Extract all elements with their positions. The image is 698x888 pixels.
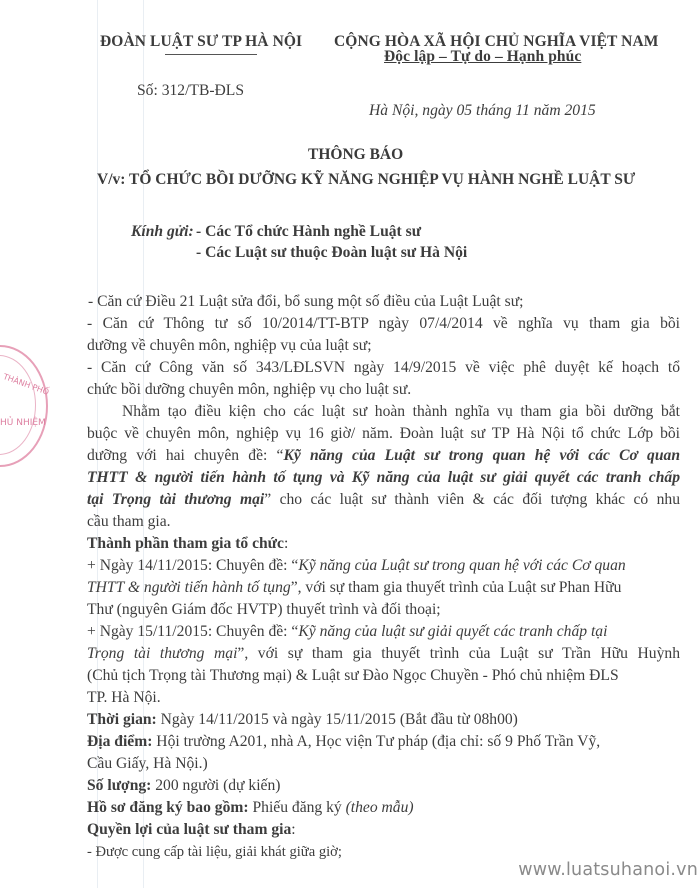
session-2-line: TP. Hà Nội. <box>87 687 161 709</box>
topic-emphasis: tại Trọng tài thương mại <box>87 491 264 508</box>
time-value: Ngày 14/11/2015 và ngày 15/11/2015 (Bắt … <box>157 711 518 728</box>
session-1-line: Thư (nguyên Giám đốc HVTP) thuyết trình … <box>87 599 441 621</box>
session-2-line: Trọng tài thương mại”, với sự tham gia t… <box>87 643 680 665</box>
quantity-line: Số lượng: 200 người (dự kiến) <box>87 775 280 797</box>
venue-line-cont: Cầu Giấy, Hà Nội.) <box>87 753 208 775</box>
dossier-line: Hồ sơ đăng ký bao gồm: Phiếu đăng ký (th… <box>87 797 414 819</box>
session-1-topic: Kỹ năng của Luật sư trong quan hệ với cá… <box>298 557 625 574</box>
purpose-paragraph-line: cầu tham gia. <box>87 511 171 533</box>
session-2-line: + Ngày 15/11/2015: Chuyên đề: “Kỹ năng c… <box>87 621 607 643</box>
document-title: THÔNG BÁO <box>308 146 403 164</box>
organization-underline <box>165 54 257 55</box>
purpose-paragraph-line: Nhằm tạo điều kiện cho các luật sư hoàn … <box>122 401 680 423</box>
legal-basis-2: - Căn cứ Thông tư số 10/2014/TT-BTP ngày… <box>87 313 680 335</box>
organization-name: ĐOÀN LUẬT SƯ TP HÀ NỘI <box>100 33 302 51</box>
quantity-label: Số lượng: <box>87 777 151 794</box>
text-run: ” cho các luật sư thành viên & các đối t… <box>264 491 680 508</box>
session-1-prefix: + Ngày 14/11/2015: Chuyên đề: “ <box>87 557 298 574</box>
dossier-value: Phiếu đăng ký <box>249 799 346 816</box>
benefits-label: Quyền lợi của luật sư tham gia <box>87 821 291 838</box>
recipient-item: - Các Tổ chức Hành nghề Luật sư <box>196 221 421 243</box>
dossier-note: (theo mẫu) <box>346 799 414 816</box>
topic-emphasis-line: THTT & người tiến hành tố tụng và Kỹ năn… <box>87 467 680 489</box>
website-watermark: www.luatsuhanoi.vn <box>518 860 698 880</box>
session-1-topic: THTT & người tiến hành tố tụng <box>87 579 291 596</box>
legal-basis-3-cont: chức bồi dưỡng chuyên môn, nghiệp vụ cho… <box>87 379 411 401</box>
recipient-item: - Các Luật sư thuộc Đoàn luật sư Hà Nội <box>196 242 467 264</box>
legal-basis-1: - Căn cứ Điều 21 Luật sửa đổi, bổ sung m… <box>88 291 523 313</box>
stamp-center-text: HỦ NHIỆM <box>0 418 46 428</box>
national-motto: Độc lập – Tự do – Hạnh phúc <box>384 48 581 66</box>
session-2-line: (Chủ tịch Trọng tài Thương mại) & Luật s… <box>87 665 619 687</box>
session-1-speaker: ”, với sự tham gia thuyết trình của Luật… <box>291 579 622 596</box>
venue-line: Địa điểm: Hội trường A201, nhà A, Học vi… <box>87 731 600 753</box>
topic-emphasis: Kỹ năng của Luật sư trong quan hệ với cá… <box>283 447 680 464</box>
benefits-heading: Quyền lợi của luật sư tham gia: <box>87 819 296 841</box>
time-line: Thời gian: Ngày 14/11/2015 và ngày 15/11… <box>87 709 518 731</box>
recipients-label: Kính gửi: <box>131 221 194 243</box>
purpose-paragraph-line: tại Trọng tài thương mại” cho các luật s… <box>87 489 680 511</box>
purpose-paragraph-line: dưỡng với hai chuyên đề: “Kỹ năng của Lu… <box>87 445 680 467</box>
session-2-topic: Kỹ năng của luật sư giải quyết các tranh… <box>298 623 607 640</box>
purpose-paragraph-line: buộc về chuyên môn, nghiệp vụ 16 giờ/ nă… <box>87 423 680 445</box>
venue-value: Hội trường A201, nhà A, Học viện Tư pháp… <box>152 733 600 750</box>
dossier-label: Hồ sơ đăng ký bao gồm: <box>87 799 249 816</box>
colon: : <box>291 821 295 838</box>
place-date: Hà Nội, ngày 05 tháng 11 năm 2015 <box>369 100 596 122</box>
participants-heading: Thành phần tham gia tổ chức: <box>87 533 288 555</box>
document-subject: V/v: TỔ CHỨC BỒI DƯỠNG KỸ NĂNG NGHIỆP VỤ… <box>97 171 635 189</box>
venue-label: Địa điểm: <box>87 733 152 750</box>
session-1-line: THTT & người tiến hành tố tụng”, với sự … <box>87 577 621 599</box>
session-2-prefix: + Ngày 15/11/2015: Chuyên đề: “ <box>87 623 298 640</box>
legal-basis-3: - Căn cứ Công văn số 343/LĐLSVN ngày 14/… <box>87 357 680 379</box>
colon: : <box>284 535 288 552</box>
participants-heading-text: Thành phần tham gia tổ chức <box>87 535 284 552</box>
document-number: Số: 312/TB-ĐLS <box>137 80 244 102</box>
quantity-value: 200 người (dự kiến) <box>151 777 280 794</box>
session-2-topic: Trọng tài thương mại <box>87 645 237 662</box>
session-1-line: + Ngày 14/11/2015: Chuyên đề: “Kỹ năng c… <box>87 555 626 577</box>
text-run: dưỡng với hai chuyên đề: “ <box>87 447 283 464</box>
time-label: Thời gian: <box>87 711 157 728</box>
benefit-item: - Được cung cấp tài liệu, giải khát giữa… <box>87 841 342 863</box>
legal-basis-2-cont: dưỡng về chuyên môn, nghiệp vụ của luật … <box>87 335 372 357</box>
session-2-speaker: ”, với sự tham gia thuyết trình của Luật… <box>237 645 680 662</box>
